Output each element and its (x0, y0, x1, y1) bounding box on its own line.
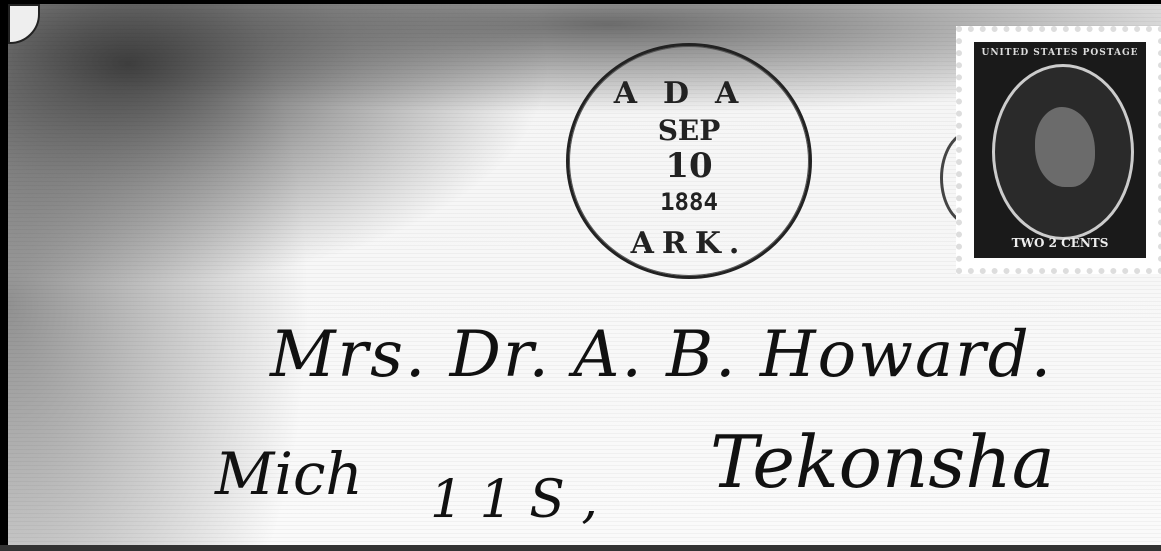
postmark: ADA SEP 10 1884 ARK. (566, 43, 812, 279)
address-city: Tekonsha (710, 420, 1055, 504)
postmark-town: ADA (569, 76, 809, 111)
stamp-top-text: UNITED STATES POSTAGE (974, 48, 1146, 58)
postmark-state: ARK. (569, 226, 809, 261)
address-name: Mrs. Dr. A. B. Howard. (270, 318, 1053, 392)
stamp-denomination: TWO 2 CENTS (974, 236, 1146, 250)
postmark-month: SEP (569, 114, 809, 147)
portrait-oval (992, 64, 1134, 240)
stamp-frame: UNITED STATES POSTAGE TWO 2 CENTS (974, 42, 1146, 258)
postmark-day: 10 (569, 146, 809, 186)
address-note: 1 1 S , (430, 470, 598, 530)
postmark-year: 1884 (569, 188, 809, 216)
address-state: Mich (215, 440, 363, 508)
portrait-icon (1035, 107, 1095, 187)
bottom-edge (0, 545, 1161, 551)
postage-stamp: UNITED STATES POSTAGE TWO 2 CENTS (956, 26, 1161, 274)
